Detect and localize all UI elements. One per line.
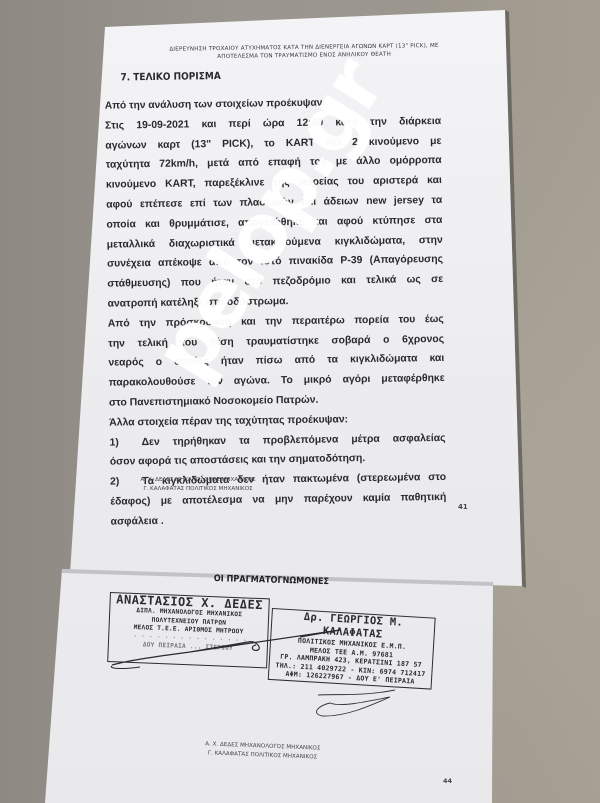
stamp-kalafatas: Δρ. ΓΕΩΡΓΙΟΣ Μ. ΚΑΛΑΦΑΤΑΣ ΠΟΛΙΤΙΚΟΣ ΜΗΧΑ… bbox=[268, 608, 436, 690]
experts-title: ΟΙ ΠΡΑΓΜΑΤΟΓΝΩΜΟΝΕΣ bbox=[214, 574, 329, 587]
stamp-dedes: ΑΝΑΣΤΑΣΙΟΣ Χ. ΔΕΔΕΣ ΔΙΠΛ. ΜΗΧΑΝΟΛΟΓΟΣ ΜΗ… bbox=[107, 592, 270, 668]
page-number: 44 bbox=[443, 777, 452, 785]
page-44-footer: Α. Χ. ΔΕΔΕΣ ΜΗΧΑΝΟΛΟΓΟΣ ΜΗΧΑΝΙΚΟΣ Γ. ΚΑΛ… bbox=[197, 740, 328, 763]
